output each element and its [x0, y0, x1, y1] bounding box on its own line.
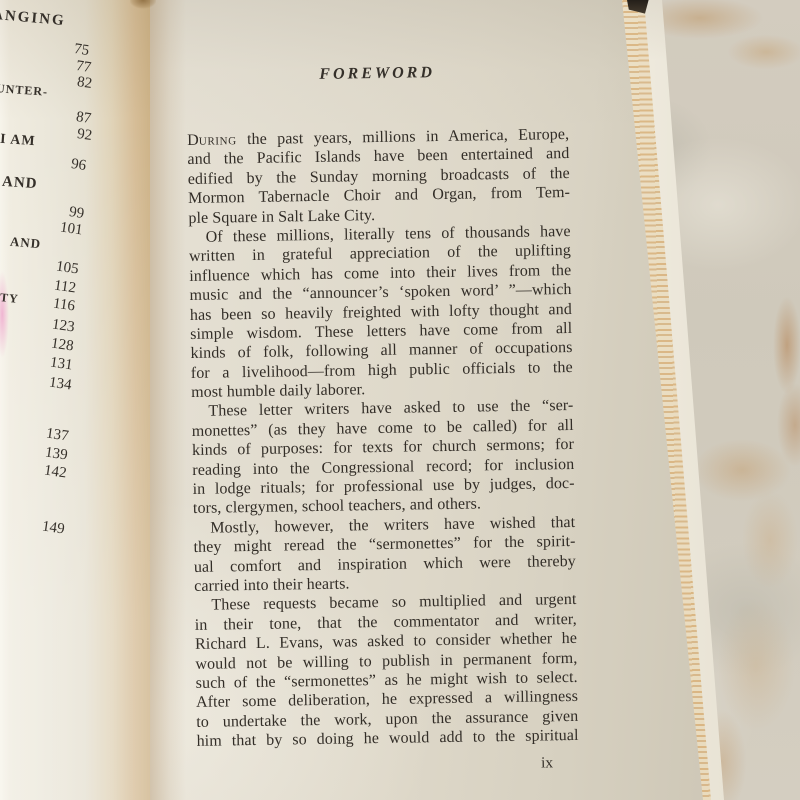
toc-entry-fragment: AND [1, 174, 38, 193]
text-column-lines: During the past years, millions in Ameri… [187, 125, 579, 751]
book-photo-scene: ANGING757782UNTER-8792I AM96AND99101AND1… [0, 0, 800, 800]
toc-page-number: 142 [43, 463, 68, 483]
toc-page-number: 128 [50, 336, 75, 356]
toc-page-number: 92 [76, 126, 93, 145]
toc-page-number: 123 [51, 317, 76, 337]
toc-page-number: 149 [41, 519, 66, 539]
toc-page-number: 137 [45, 426, 70, 446]
toc-entry-fragment: AND [9, 234, 41, 253]
toc-page-number: 134 [48, 375, 73, 395]
toc-page-number: 131 [49, 355, 74, 375]
toc-page-number: 139 [44, 445, 69, 465]
toc-page-number: 82 [76, 74, 93, 93]
toc-page-number: 96 [70, 156, 87, 175]
toc-entry-fragment: ANGING [0, 7, 66, 30]
page-number-folio: ix [541, 753, 579, 772]
toc-entry-fragment: TY [0, 290, 19, 307]
foreword-text-column: FOREWORD During the past years, millions… [186, 61, 579, 777]
toc-page-number: 116 [52, 296, 76, 316]
toc-page-number: 105 [55, 259, 80, 279]
toc-entry-fragment: I AM [0, 132, 36, 150]
toc-entry-fragment: UNTER- [0, 81, 48, 100]
toc-page-number: 101 [59, 220, 84, 240]
toc-page-number: 112 [53, 278, 77, 298]
toc-page-number: 75 [73, 41, 90, 60]
